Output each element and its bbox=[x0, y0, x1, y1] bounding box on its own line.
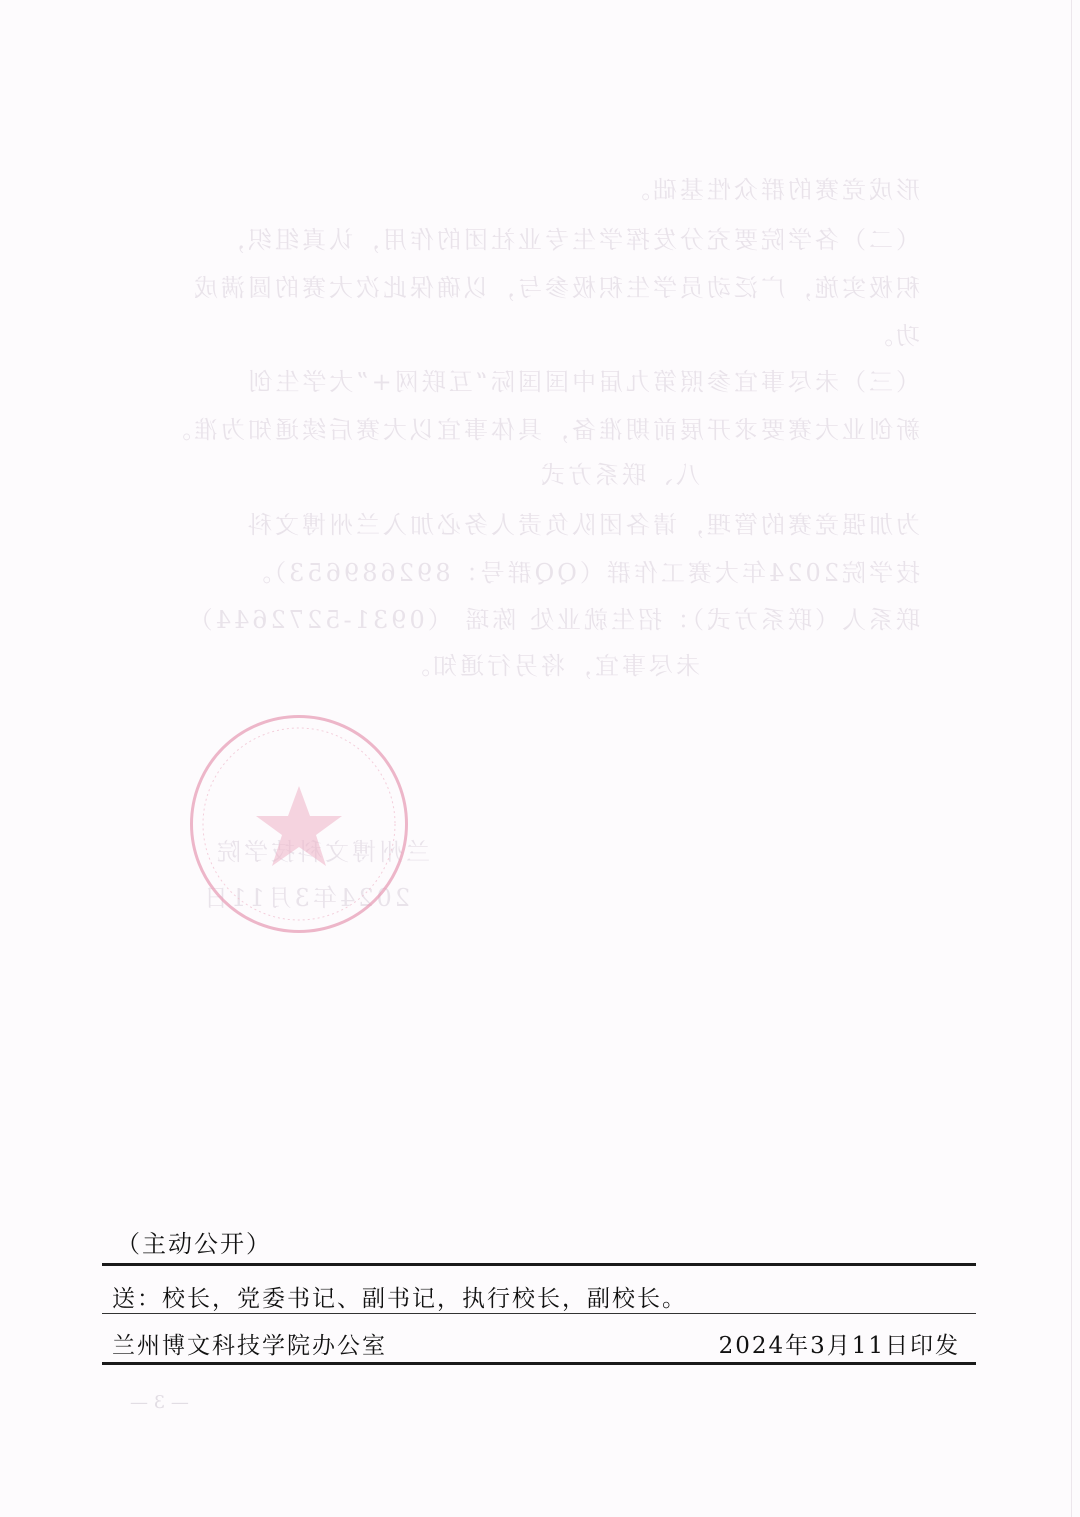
showthrough-line: 积极实施，广泛动员学生积极参与，以确保此次大赛的圆满成 bbox=[191, 268, 920, 303]
showthrough-line: 八、联系方式 bbox=[538, 455, 700, 490]
disclosure-label: （主动公开） bbox=[116, 1224, 272, 1259]
divider-middle bbox=[102, 1313, 976, 1314]
seal-star-icon bbox=[193, 718, 405, 930]
divider-top bbox=[102, 1263, 976, 1266]
official-seal bbox=[190, 715, 408, 933]
showthrough-line: 形成竞赛的群众性基础。 bbox=[623, 170, 920, 205]
showthrough-line: 新创业大赛要求开展前期准备，具体事宜以大赛后续通知为准。 bbox=[164, 410, 920, 445]
issue-date: 2024年3月11日印发 bbox=[719, 1327, 960, 1360]
page-number: — 3 — bbox=[130, 1392, 189, 1413]
showthrough-line: 技学院2024年大赛工作群（QQ群号：892689653）。 bbox=[244, 553, 920, 588]
showthrough-line: 功。 bbox=[866, 316, 920, 351]
showthrough-line: （三）未尽事宜参照第九届中国国际“互联网+”大学生创 bbox=[245, 362, 920, 397]
showthrough-line: 为加强竞赛的管理，请各团队负责人务必加入兰州博文科 bbox=[245, 505, 920, 540]
showthrough-line: （二）各学院要充分发挥学生专业社团的作用，认真组织， bbox=[218, 220, 920, 255]
issuing-office: 兰州博文科技学院办公室 bbox=[112, 1327, 387, 1360]
cc-recipients: 送：校长，党委书记、副书记，执行校长，副校长。 bbox=[112, 1280, 687, 1313]
showthrough-line: 未尽事宜，将另行通知。 bbox=[403, 646, 700, 681]
showthrough-line: 联系人（联系方式）：招生就业处 陈瑶 （0931-5272644） bbox=[186, 600, 920, 635]
divider-bottom bbox=[102, 1362, 976, 1365]
